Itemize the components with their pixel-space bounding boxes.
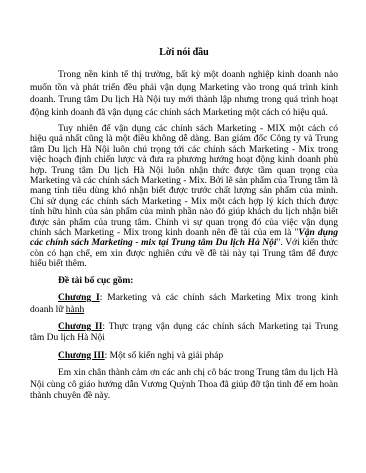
chapter-2-label: Chương II bbox=[58, 322, 102, 332]
intro-paragraph: Trong nền kinh tế thị trường, bất kỳ một… bbox=[30, 69, 338, 119]
document-page: Lời nói đầu Trong nền kinh tế thị trường… bbox=[0, 0, 366, 473]
chapter-3-label: Chương III bbox=[58, 351, 105, 361]
chapter-3-entry: Chương III: Một số kiến nghị và giải phá… bbox=[30, 351, 338, 362]
chapter-3-text: : Một số kiến nghị và giải pháp bbox=[105, 351, 223, 361]
document-title: Lời nói đầu bbox=[30, 47, 338, 59]
chapter-1-entry: Chương I: Marketing và các chính sách Ma… bbox=[30, 293, 338, 316]
chapter-1-wrapped-word: hành bbox=[66, 305, 84, 315]
body-paragraph: Tuy nhiên để vận dụng các chính sách Mar… bbox=[30, 124, 338, 270]
chapter-2-entry: Chương II: Thực trạng vận dụng các chính… bbox=[30, 322, 338, 345]
chapter-1-label: Chương I bbox=[58, 293, 100, 303]
outline-heading: Đề tài bố cục gồm: bbox=[30, 276, 338, 287]
body-text-before-quote: Tuy nhiên để vận dụng các chính sách Mar… bbox=[30, 124, 338, 238]
closing-paragraph: Em xin chân thành cảm ơn các anh chị cô … bbox=[30, 368, 338, 402]
